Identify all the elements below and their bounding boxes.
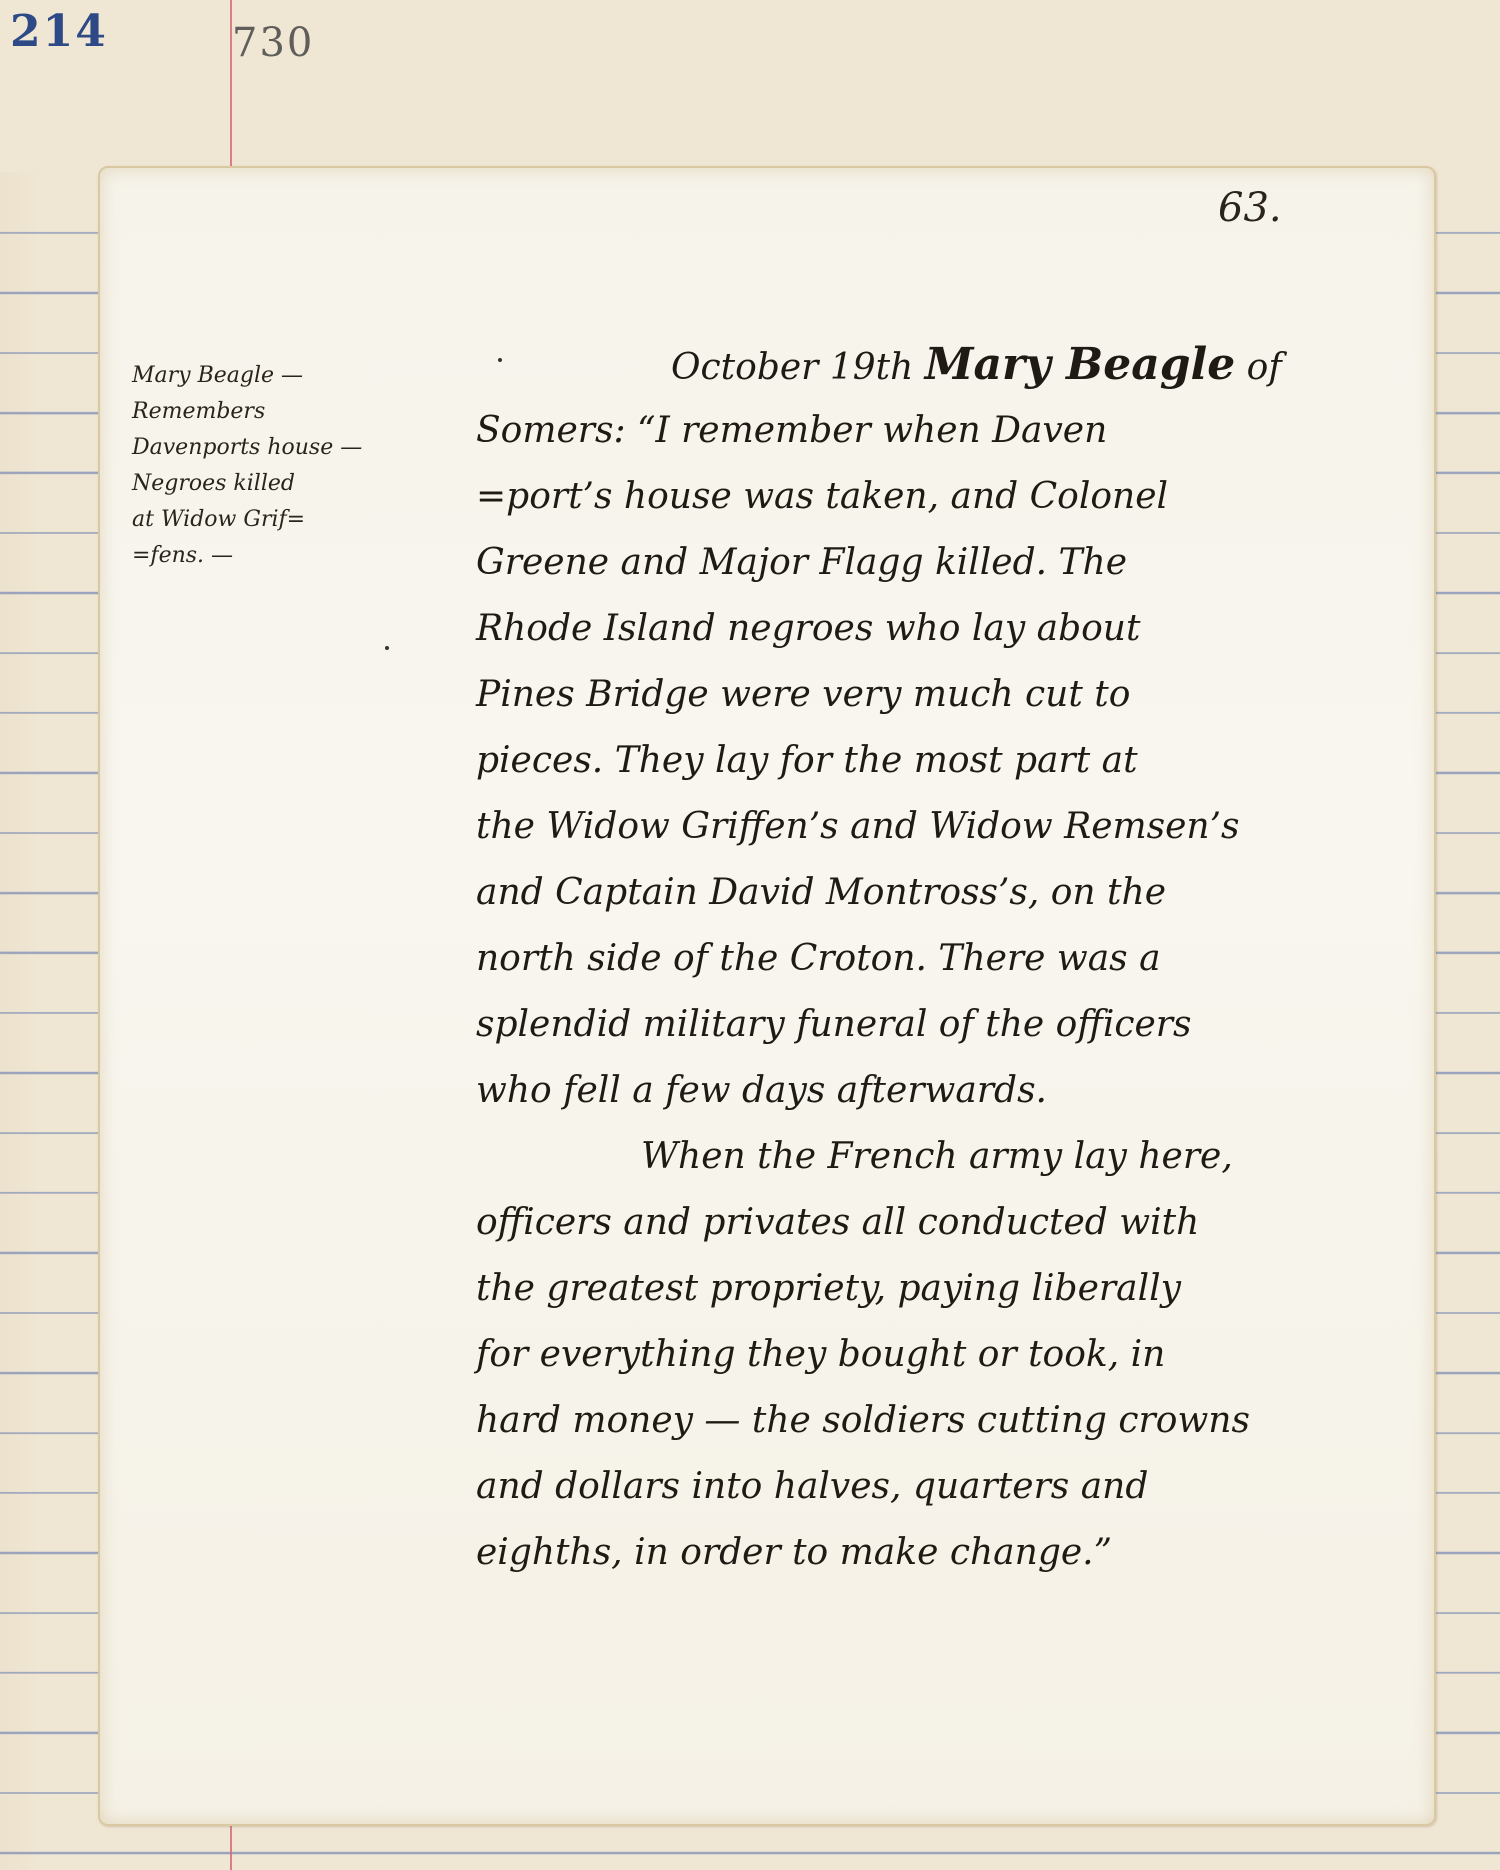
marginal-note-line: =fens. —: [132, 538, 392, 574]
text-line: and dollars into halves, quarters and: [476, 1454, 1436, 1520]
text-line: =port’s house was taken, and Colonel: [476, 464, 1436, 530]
entry-name: Mary Beagle: [925, 339, 1235, 390]
text-line: splendid military funeral of the officer…: [476, 992, 1436, 1058]
marginal-note: Mary Beagle — Remembers Davenports house…: [132, 358, 392, 574]
entry-heading: October 19th Mary Beagle of: [476, 332, 1436, 398]
marginal-note-line: Davenports house —: [132, 430, 392, 466]
text-line: for everything they bought or took, in: [476, 1322, 1436, 1388]
page-number: 63.: [1218, 185, 1282, 231]
text-line: the greatest propriety, paying liberally: [476, 1256, 1436, 1322]
folio-number: 214: [10, 6, 108, 57]
text-line: When the French army lay here,: [476, 1124, 1436, 1190]
text-line: north side of the Croton. There was a: [476, 926, 1436, 992]
marginal-note-line: Mary Beagle —: [132, 358, 392, 394]
text-line: who fell a few days afterwards.: [476, 1058, 1436, 1124]
text-line: officers and privates all conducted with: [476, 1190, 1436, 1256]
entry-heading-suffix: of: [1247, 347, 1282, 388]
text-line: the Widow Griffen’s and Widow Remsen’s: [476, 794, 1436, 860]
text-line: Somers: “I remember when Daven: [476, 398, 1436, 464]
text-line: and Captain David Montross’s, on the: [476, 860, 1436, 926]
marginal-note-line: Remembers: [132, 394, 392, 430]
ledger-header-band: [0, 0, 1500, 172]
ink-speck: [385, 646, 389, 650]
text-line: Greene and Major Flagg killed. The: [476, 530, 1436, 596]
entry-date: October 19th: [671, 347, 913, 388]
stamp-number: 730: [232, 20, 314, 66]
text-line: Rhode Island negroes who lay about: [476, 596, 1436, 662]
text-line: hard money — the soldiers cutting crowns: [476, 1388, 1436, 1454]
manuscript-body: October 19th Mary Beagle of Somers: “I r…: [476, 332, 1436, 1586]
text-line: pieces. They lay for the most part at: [476, 728, 1436, 794]
marginal-note-line: at Widow Grif=: [132, 502, 392, 538]
text-line: Pines Bridge were very much cut to: [476, 662, 1436, 728]
text-line: eighths, in order to make change.”: [476, 1520, 1436, 1586]
marginal-note-line: Negroes killed: [132, 466, 392, 502]
